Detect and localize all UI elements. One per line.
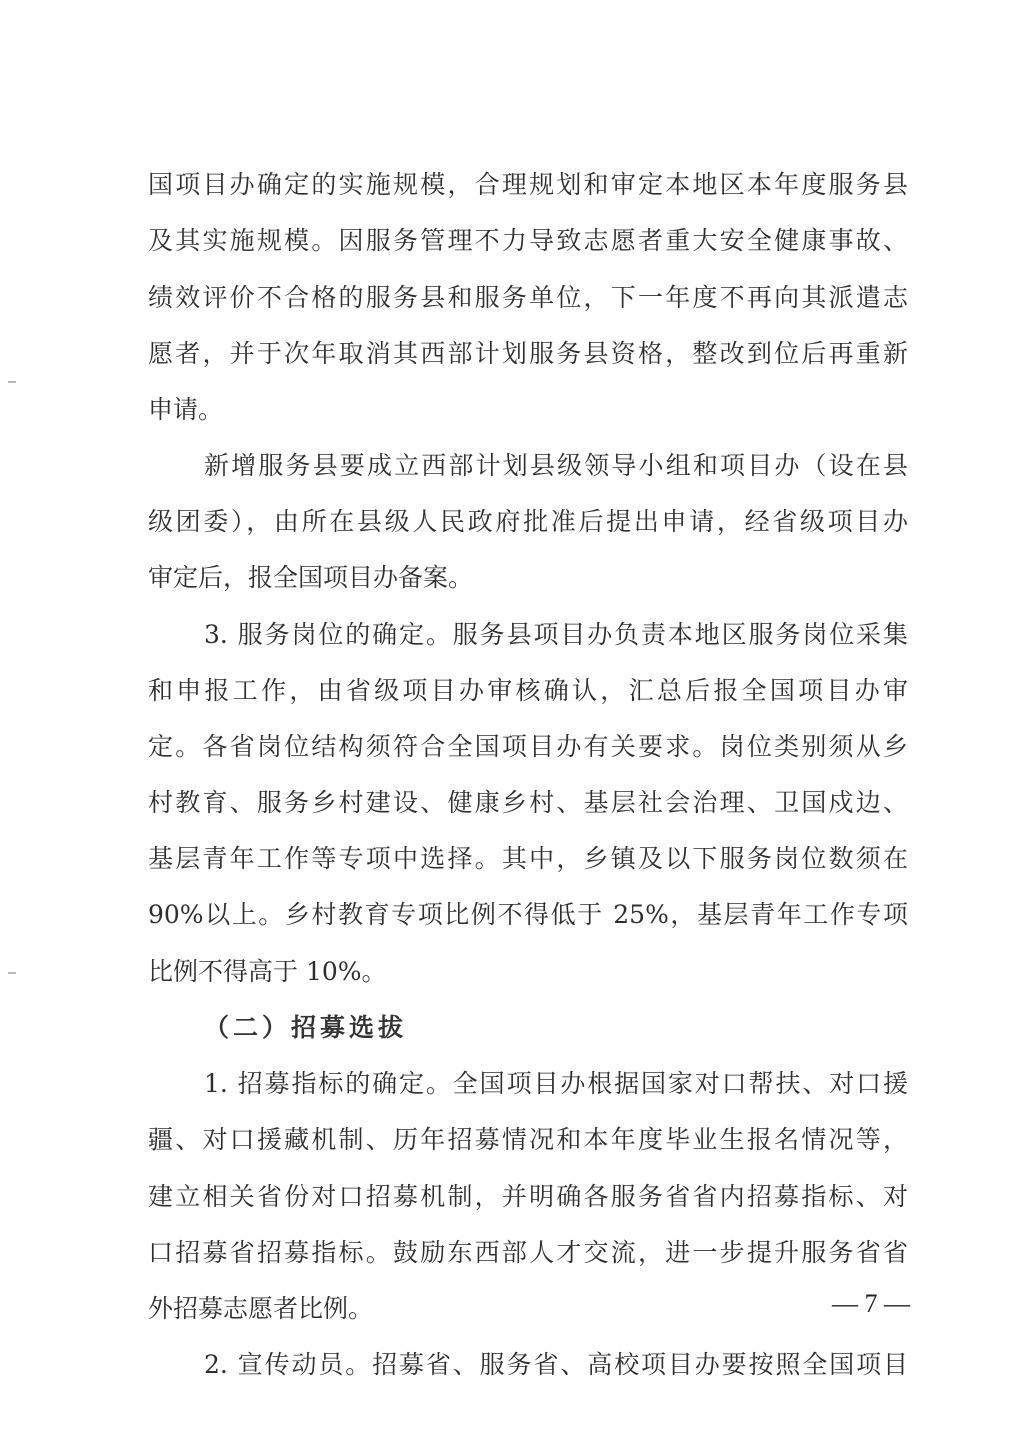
paragraph-line: 及其实施规模。因服务管理不力导致志愿者重大安全健康事故、 xyxy=(148,225,908,257)
paragraph-line: 90%以上。乡村教育专项比例不得低于 25%，基层青年工作专项 xyxy=(148,899,908,931)
paragraph-line: 比例不得高于 10%。 xyxy=(148,956,908,988)
paragraph-line: 国项目办确定的实施规模，合理规划和审定本地区本年度服务县 xyxy=(148,169,908,201)
paragraph-line: 基层青年工作等专项中选择。其中，乡镇及以下服务岗位数须在 xyxy=(148,843,908,875)
paragraph-line: 定。各省岗位结构须符合全国项目办有关要求。岗位类别须从乡 xyxy=(148,731,908,763)
paragraph-line: 审定后，报全国项目办备案。 xyxy=(148,562,908,594)
paragraph-line: 口招募省招募指标。鼓励东西部人才交流，进一步提升服务省省 xyxy=(148,1237,908,1269)
document-page: 国项目办确定的实施规模，合理规划和审定本地区本年度服务县 及其实施规模。因服务管… xyxy=(0,0,1024,1448)
paragraph-line: 外招募志愿者比例。 xyxy=(148,1293,908,1325)
paragraph-line: 村教育、服务乡村建设、健康乡村、基层社会治理、卫国戍边、 xyxy=(148,787,908,819)
paragraph-line: 绩效评价不合格的服务县和服务单位，下一年度不再向其派遣志 xyxy=(148,282,908,314)
paragraph-line: 和申报工作，由省级项目办审核确认，汇总后报全国项目办审 xyxy=(148,675,908,707)
paragraph-line: 愿者，并于次年取消其西部计划服务县资格，整改到位后再重新 xyxy=(148,338,908,370)
section-heading: （二）招募选拔 xyxy=(204,1012,407,1044)
scan-margin-mark xyxy=(8,972,16,974)
paragraph-line: 疆、对口援藏机制、历年招募情况和本年度毕业生报名情况等， xyxy=(148,1124,908,1156)
paragraph-line: 新增服务县要成立西部计划县级领导小组和项目办（设在县 xyxy=(204,450,908,482)
page-number: — 7 — xyxy=(826,1290,916,1318)
paragraph-line: 1. 招募指标的确定。全国项目办根据国家对口帮扶、对口援 xyxy=(204,1068,908,1100)
paragraph-line: 3. 服务岗位的确定。服务县项目办负责本地区服务岗位采集 xyxy=(204,619,908,651)
paragraph-line: 建立相关省份对口招募机制，并明确各服务省省内招募指标、对 xyxy=(148,1181,908,1213)
paragraph-line: 级团委），由所在县级人民政府批准后提出申请，经省级项目办 xyxy=(148,506,908,538)
paragraph-line: 申请。 xyxy=(148,394,908,426)
scan-margin-mark xyxy=(8,381,16,383)
paragraph-line: 2. 宣传动员。招募省、服务省、高校项目办要按照全国项目 xyxy=(204,1349,908,1381)
